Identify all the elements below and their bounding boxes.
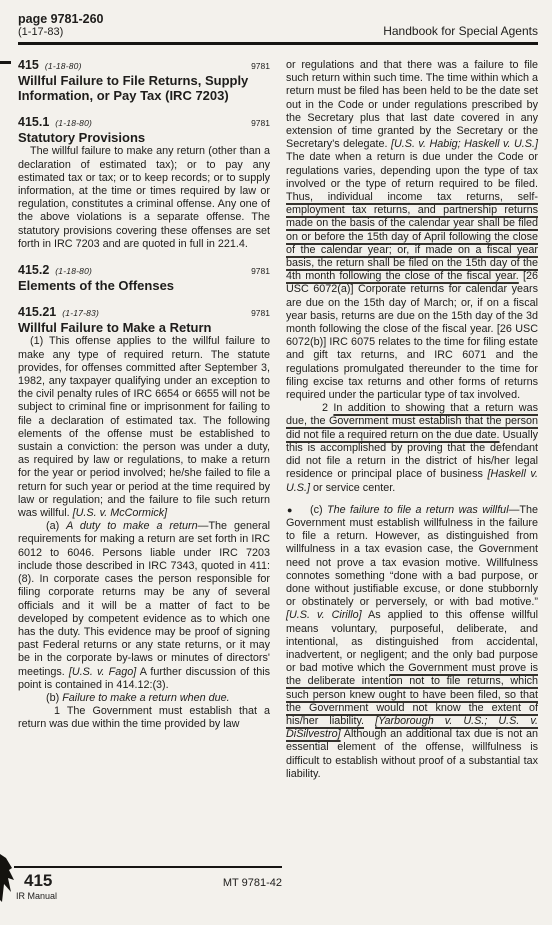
section-number: 415.1 bbox=[18, 116, 49, 129]
section-number: 415 bbox=[18, 59, 39, 72]
section-415-2-heading: 415.2 (1-18-80) 9781 bbox=[18, 264, 270, 278]
scan-artifact-dash bbox=[0, 61, 11, 64]
section-415-2: 415.2 (1-18-80) 9781 Elements of the Off… bbox=[18, 264, 270, 293]
header-rule bbox=[18, 42, 538, 45]
section-415-21: 415.21 (1-17-83) 9781 Willful Failure to… bbox=[18, 306, 270, 731]
section-title: Statutory Provisions bbox=[18, 130, 270, 145]
manual-page: page 9781-260 (1-17-83) Handbook for Spe… bbox=[0, 0, 552, 925]
section-code: 9781 bbox=[251, 307, 270, 320]
page-number: page 9781-260 bbox=[18, 12, 103, 26]
paragraph-c: ● (c) The failure to file a return was w… bbox=[286, 504, 538, 781]
section-date: (1-18-80) bbox=[55, 265, 92, 278]
paragraph-2: 2 In addition to showing that a return w… bbox=[286, 402, 538, 494]
section-date: (1-18-80) bbox=[45, 60, 82, 73]
footer-row: 415 MT 9781-42 bbox=[14, 871, 282, 891]
section-415-1: 415.1 (1-18-80) 9781 Statutory Provision… bbox=[18, 116, 270, 251]
section-415-heading: 415 (1-18-80) 9781 bbox=[18, 59, 270, 73]
page-footer: 415 MT 9781-42 IR Manual bbox=[14, 866, 282, 901]
paragraph-1: (1) This offense applies to the willful … bbox=[18, 335, 270, 520]
section-number: 415.21 bbox=[18, 306, 56, 319]
footer-manual-label: IR Manual bbox=[14, 891, 282, 901]
ink-blot-artifact bbox=[0, 854, 18, 902]
section-number: 415.2 bbox=[18, 264, 49, 277]
paragraph-a: (a) A duty to make a return—The general … bbox=[18, 520, 270, 692]
section-title: Elements of the Offenses bbox=[18, 278, 270, 293]
section-date: (1-18-80) bbox=[55, 117, 92, 130]
right-column: or regulations and that there was a fail… bbox=[286, 59, 538, 781]
footer-mt-number: MT 9781-42 bbox=[223, 877, 282, 889]
page-header: page 9781-260 (1-17-83) Handbook for Spe… bbox=[18, 12, 538, 39]
section-415-21-heading: 415.21 (1-17-83) 9781 bbox=[18, 306, 270, 320]
section-date: (1-17-83) bbox=[62, 307, 99, 320]
section-415-1-heading: 415.1 (1-18-80) 9781 bbox=[18, 116, 270, 130]
paragraph: The willful failure to make any return (… bbox=[18, 145, 270, 251]
section-code: 9781 bbox=[251, 265, 270, 278]
section-code: 9781 bbox=[251, 117, 270, 130]
footer-section-number: 415 bbox=[14, 871, 52, 891]
bullet-icon: ● bbox=[287, 504, 292, 517]
section-title: Willful Failure to File Returns, Supply … bbox=[18, 73, 270, 103]
left-column: 415 (1-18-80) 9781 Willful Failure to Fi… bbox=[18, 59, 270, 781]
header-left: page 9781-260 (1-17-83) bbox=[18, 12, 103, 39]
paragraph-b-1: 1 The Government must establish that a r… bbox=[18, 705, 270, 731]
section-415: 415 (1-18-80) 9781 Willful Failure to Fi… bbox=[18, 59, 270, 103]
paragraph-continuation: or regulations and that there was a fail… bbox=[286, 59, 538, 402]
paragraph-b: (b) Failure to make a return when due. bbox=[18, 692, 270, 705]
revision-date: (1-17-83) bbox=[18, 26, 103, 39]
book-title: Handbook for Special Agents bbox=[383, 24, 538, 39]
paragraph-c-text: (c) The failure to file a return was wil… bbox=[286, 504, 538, 780]
section-title: Willful Failure to Make a Return bbox=[18, 320, 270, 335]
two-column-body: 415 (1-18-80) 9781 Willful Failure to Fi… bbox=[18, 59, 538, 781]
section-code: 9781 bbox=[251, 60, 270, 73]
